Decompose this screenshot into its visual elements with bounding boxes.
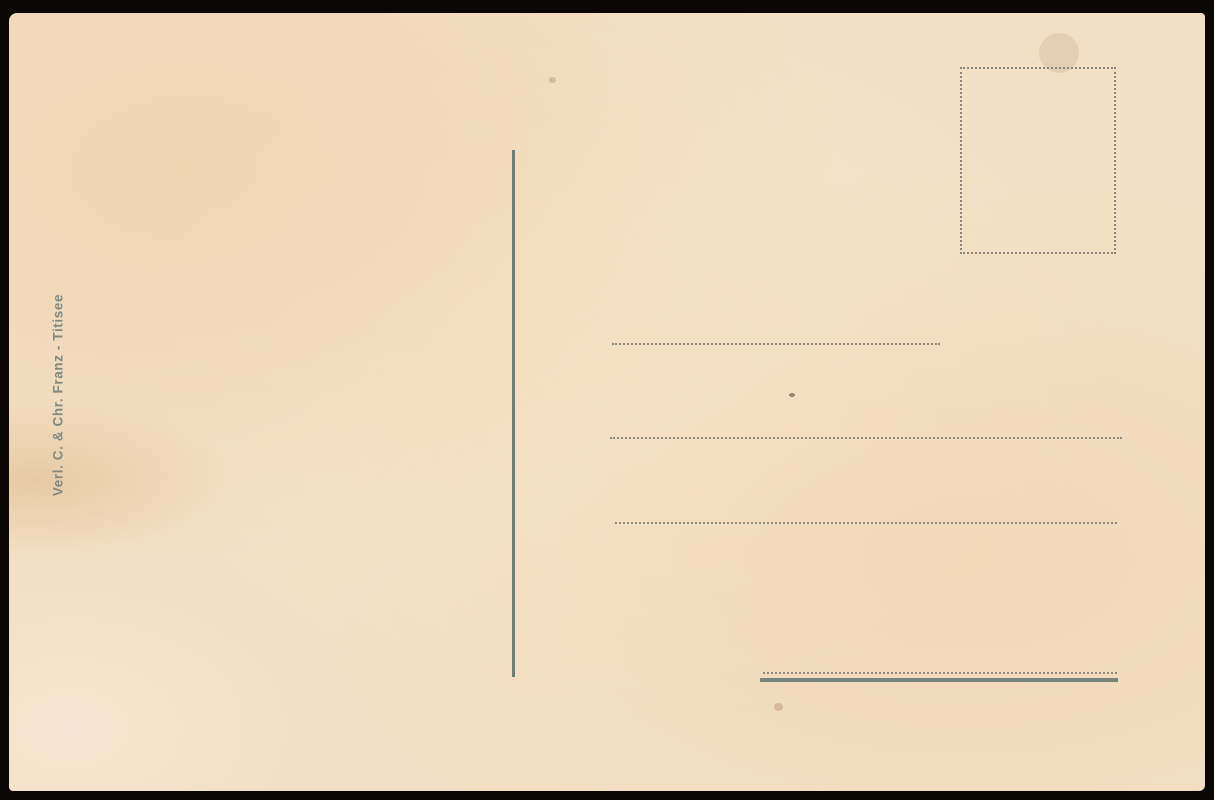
stain-spot	[549, 77, 556, 83]
address-line-2	[610, 437, 1122, 439]
stain-spot	[789, 393, 795, 397]
message-address-divider	[512, 150, 515, 677]
address-line-1	[612, 343, 940, 345]
address-underline	[760, 678, 1118, 682]
address-line-4	[763, 672, 1117, 674]
publisher-imprint: Verl. C. & Chr. Franz - Titisee	[51, 294, 66, 496]
stamp-placement-box	[960, 67, 1116, 254]
stain-spot	[774, 703, 783, 711]
address-line-3	[615, 522, 1117, 524]
